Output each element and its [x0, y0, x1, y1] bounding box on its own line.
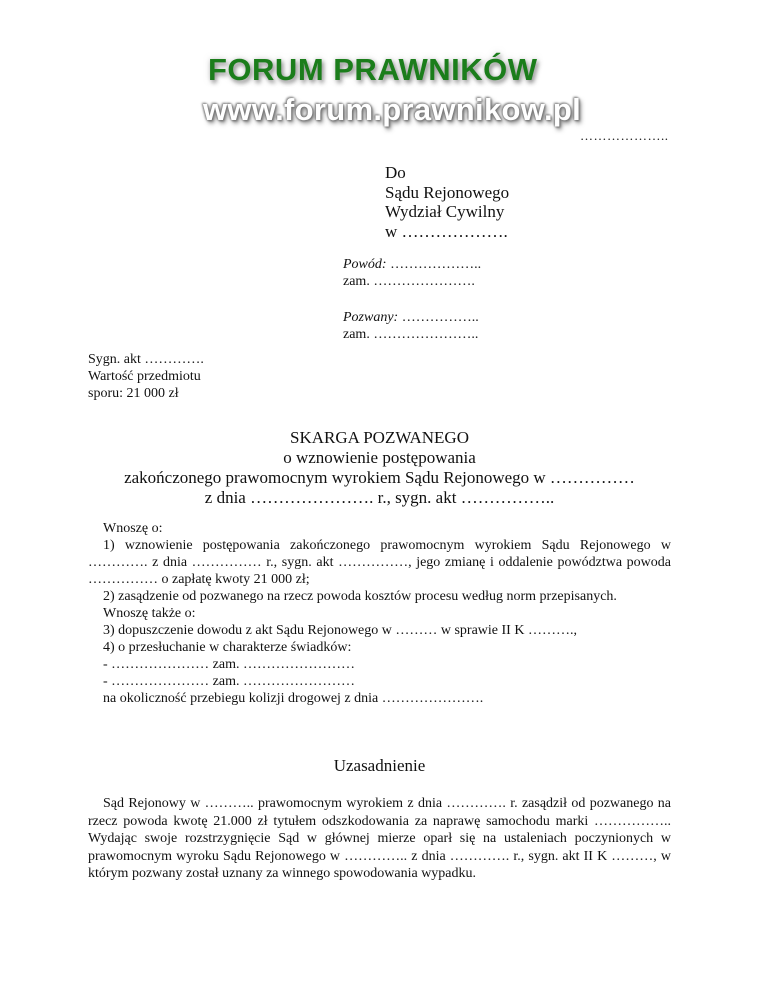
request-item-4: 4) o przesłuchanie w charakterze świadkó…	[88, 639, 671, 656]
witness-line: - ………………… zam. ……………………	[88, 673, 671, 690]
title-line: SKARGA POZWANEGO	[88, 428, 671, 448]
defendant-label: Pozwany:	[343, 310, 398, 325]
case-signature: Sygn. akt ………….	[88, 351, 204, 368]
title-line: o wznowienie postępowania	[88, 448, 671, 468]
plaintiff-label: Powód:	[343, 257, 387, 272]
dispute-value-label: Wartość przedmiotu	[88, 368, 204, 385]
request-item-1: 1) wznowienie postępowania zakończonego …	[88, 537, 671, 588]
circumstance-line: na okoliczność przebiegu kolizji drogowe…	[88, 690, 671, 707]
witness-line: - ………………… zam. ……………………	[88, 656, 671, 673]
document-title: SKARGA POZWANEGO o wznowienie postępowan…	[88, 428, 671, 508]
request-item-3: 3) dopuszczenie dowodu z akt Sądu Rejono…	[88, 622, 671, 639]
logo-title: FORUM PRAWNIKÓW	[208, 52, 538, 88]
addressee-line: w ……………….	[385, 222, 509, 242]
justification-section: Sąd Rejonowy w ……….. prawomocnym wyrokie…	[88, 795, 671, 883]
logo-url: www.forum.prawnikow.pl	[203, 92, 581, 128]
request-item-2: 2) zasądzenie od pozwanego na rzecz powo…	[88, 588, 671, 605]
defendant-address: zam. …………………..	[343, 326, 481, 343]
defendant-value: ……………..	[402, 310, 479, 325]
title-line: z dnia …………………. r., sygn. akt ……………..	[88, 488, 671, 508]
addressee-line: Sądu Rejonowego	[385, 183, 509, 203]
place-date-field: ………………..	[580, 127, 669, 144]
case-info-block: Sygn. akt …………. Wartość przedmiotu sporu…	[88, 351, 204, 402]
justification-heading: Uzasadnienie	[88, 756, 671, 776]
parties-block: Powód: ……………….. zam. …………………. Pozwany: ……	[343, 256, 481, 343]
justification-paragraph: Sąd Rejonowy w ……….. prawomocnym wyrokie…	[88, 795, 671, 883]
addressee-line: Wydział Cywilny	[385, 202, 509, 222]
requests-section: Wnoszę o: 1) wznowienie postępowania zak…	[88, 520, 671, 707]
addressee-line: Do	[385, 163, 509, 183]
plaintiff-address: zam. ………………….	[343, 273, 481, 290]
requests-intro-2: Wnoszę także o:	[88, 605, 671, 622]
requests-intro: Wnoszę o:	[88, 520, 671, 537]
defendant-line: Pozwany: ……………..	[343, 309, 481, 326]
dispute-value: sporu: 21 000 zł	[88, 385, 204, 402]
addressee-block: Do Sądu Rejonowego Wydział Cywilny w …………	[385, 163, 509, 241]
plaintiff-value: ………………..	[390, 257, 481, 272]
title-line: zakończonego prawomocnym wyrokiem Sądu R…	[88, 468, 671, 488]
plaintiff-line: Powód: ………………..	[343, 256, 481, 273]
